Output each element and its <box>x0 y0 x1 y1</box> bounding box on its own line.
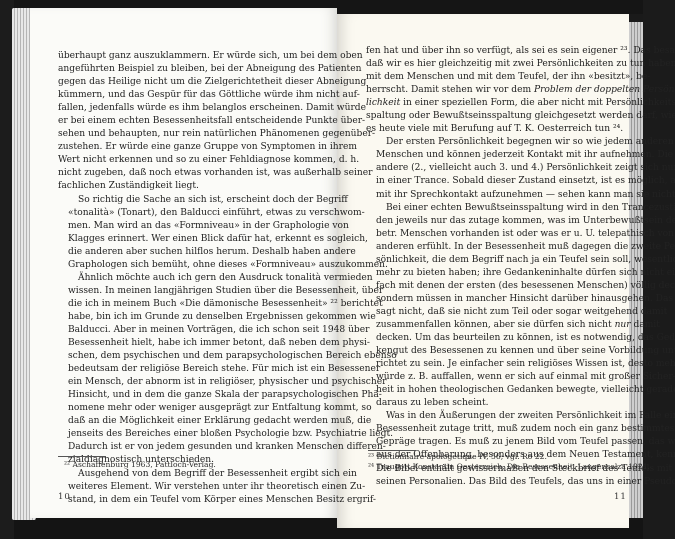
text-line: stand, in dem ein Teufel vom Körper eine… <box>58 494 326 507</box>
text-line: seinen Personalien. Das Bild des Teufels… <box>366 476 628 489</box>
text-line: Graphologen sich bemüht, ohne dieses «Fo… <box>58 259 326 272</box>
text-line: So richtig die Sache an sich ist, ersche… <box>58 194 326 207</box>
paragraph: Ähnlich möchte auch ich gern den Ausdruc… <box>58 272 326 468</box>
text-line: daraus zu leben scheint. <box>366 397 628 410</box>
text-line: fachlichen Zuständigkeit liegt. <box>58 180 326 193</box>
text-line: Wert nicht erkennen und so zu einer Fehl… <box>58 154 326 167</box>
text-line: mit ihr Sprechkontakt aufzunehmen — sehe… <box>366 189 628 202</box>
right-footnotes: ²³ Dictionnaire apologétique IV, 56; vgl… <box>368 452 650 472</box>
text-line: decken. Um das beurteilen zu können, ist… <box>366 332 628 345</box>
text-line: jenseits des Bereiches einer bloßen Psyc… <box>58 428 326 441</box>
text-line: sönlichkeit, die dem Begriff nach ja ein… <box>366 254 628 267</box>
text-line: zustehen. Er würde eine ganze Gruppe von… <box>58 141 326 154</box>
text-line: mit dem Menschen und mit dem Teufel, der… <box>366 71 628 84</box>
text-line: ein Mensch, der abnorm ist in religiöser… <box>58 376 326 389</box>
text-line: nomene mehr oder weniger ausgeprägt zur … <box>58 402 326 415</box>
footnote: ²³ Dictionnaire apologétique IV, 56; vgl… <box>368 452 650 462</box>
text-line: herrscht. Damit stehen wir vor dem Probl… <box>366 84 628 97</box>
text-line: die ich in meinem Buch «Die dämonische B… <box>58 298 326 311</box>
text-line: Hinsicht, und in dem die ganze Skala der… <box>58 389 326 402</box>
paragraph: fen hat und über ihn so verfügt, als sei… <box>366 45 628 136</box>
page-number-right: 11 <box>614 492 627 502</box>
text-line: Ähnlich möchte auch ich gern den Ausdruc… <box>58 272 326 285</box>
open-book: überhaupt ganz auszuklammern. Er würde s… <box>0 0 675 539</box>
text-line: Bei einer echten Bewußtseinsspaltung wir… <box>366 202 628 215</box>
right-page-body: fen hat und über ihn so verfügt, als sei… <box>366 45 628 489</box>
text-line: Besessenheit hielt, habe ich immer beton… <box>58 337 326 350</box>
text-line: spaltung oder Bewußtseinsspaltung gleich… <box>366 110 628 123</box>
text-line: sondern müssen in mancher Hinsicht darüb… <box>366 293 628 306</box>
text-line: den jeweils nur das zutage kommen, was i… <box>366 215 628 228</box>
text-line: die anderen aber suchen hilflos herum. D… <box>58 246 326 259</box>
text-line: nicht zugeben, daß noch etwas vorhanden … <box>58 167 326 180</box>
paragraph: Der ersten Persönlichkeit begegnen wir s… <box>366 136 628 201</box>
text-line: fen hat und über ihn so verfügt, als sei… <box>366 45 628 58</box>
text-line: schen, dem psychischen und dem parapsych… <box>58 350 326 363</box>
text-line: überhaupt ganz auszuklammern. Er würde s… <box>58 50 326 63</box>
text-line: angeführten Beispiel zu bleiben, bei der… <box>58 63 326 76</box>
text-line: sagt nicht, daß sie nicht zum Teil oder … <box>366 306 628 319</box>
text-line: weiteres Element. Wir verstehen unter ih… <box>58 481 326 494</box>
text-line: sehen und behaupten, nur rein natürliche… <box>58 128 326 141</box>
text-line: daß wir es hier gleichzeitig mit zwei Pe… <box>366 58 628 71</box>
page-number-left: 10 <box>58 492 71 502</box>
text-line: fallen, jedenfalls würde es ihm belanglo… <box>58 102 326 115</box>
text-line: habe, bin ich im Grunde zu denselben Erg… <box>58 311 326 324</box>
text-line: betr. Menschen vorhanden ist oder was er… <box>366 228 628 241</box>
text-line: richtet zu sein. Je einfacher sein relig… <box>366 358 628 371</box>
paragraph: Ausgehend von dem Begriff der Besessenhe… <box>58 468 326 507</box>
text-line: anderen erfühlt. In der Besessenheit muß… <box>366 241 628 254</box>
left-page-body: überhaupt ganz auszuklammern. Er würde s… <box>58 50 326 507</box>
paragraph: Bei einer echten Bewußtseinsspaltung wir… <box>366 202 628 411</box>
footnote: ²⁴ Traugott Konstantin Oesterreich, Die … <box>368 462 650 472</box>
text-line: wissen. In meinen langjährigen Studien ü… <box>58 285 326 298</box>
text-line: heit in hohen theologischen Gedanken bew… <box>366 384 628 397</box>
text-line: mehr zu bieten haben; ihre Gedankeninhal… <box>366 267 628 280</box>
text-line: er bei einem echten Besessenheitsfall en… <box>58 115 326 128</box>
paragraph: überhaupt ganz auszuklammern. Er würde s… <box>58 50 326 194</box>
text-line: «tonalità» (Tonart), den Balducci einfüh… <box>58 207 326 220</box>
text-line: bedeutsam der religiöse Bereich stehe. F… <box>58 363 326 376</box>
text-line: Besessenheit zutage tritt, muß zudem noc… <box>366 423 628 436</box>
text-line: Balducci. Aber in meinen Vorträgen, die … <box>58 324 326 337</box>
text-line: men. Man wird an das «Formniveau» in der… <box>58 220 326 233</box>
left-footnotes: ²² Aschaffenburg 1963, Pattloch-Verlag. <box>64 460 216 470</box>
paragraph: So richtig die Sache an sich ist, ersche… <box>58 194 326 272</box>
text-line: Was in den Äußerungen der zweiten Persön… <box>366 410 628 423</box>
text-line: daß an die Möglichkeit einer Erklärung g… <box>58 415 326 428</box>
text-line: zusammenfallen können, aber sie dürfen s… <box>366 319 628 332</box>
text-line: andere (2., vielleicht auch 3. und 4.) P… <box>366 162 628 175</box>
text-line: Dadurch ist er von jedem gesunden und kr… <box>58 441 326 454</box>
text-line: würde z. B. auffallen, wenn er sich auf … <box>366 371 628 384</box>
footnote-rule-right <box>368 450 416 451</box>
text-line: gegen das Heilige nicht um die Zielgeric… <box>58 76 326 89</box>
text-line: in einer Trance. Sobald dieser Zustand e… <box>366 175 628 188</box>
footnote: ²² Aschaffenburg 1963, Pattloch-Verlag. <box>64 460 216 470</box>
text-line: fach mit denen der ersten (des besessene… <box>366 280 628 293</box>
text-line: Klagges erinnert. Wer einen Blick dafür … <box>58 233 326 246</box>
text-line: Gepräge tragen. Es muß zu jenem Bild vom… <box>366 436 628 449</box>
text-line: Der ersten Persönlichkeit begegnen wir s… <box>366 136 628 149</box>
text-line: kengut des Besessenen zu kennen und über… <box>366 345 628 358</box>
text-line: kümmern, und das Gespür für das Göttlich… <box>58 89 326 102</box>
footnote-rule-left <box>58 456 106 457</box>
text-line: Menschen und können jederzeit Kontakt mi… <box>366 149 628 162</box>
text-line: es heute viele mit Berufung auf T. K. Oe… <box>366 123 628 136</box>
text-line: lichkeit in einer speziellen Form, die a… <box>366 97 628 110</box>
